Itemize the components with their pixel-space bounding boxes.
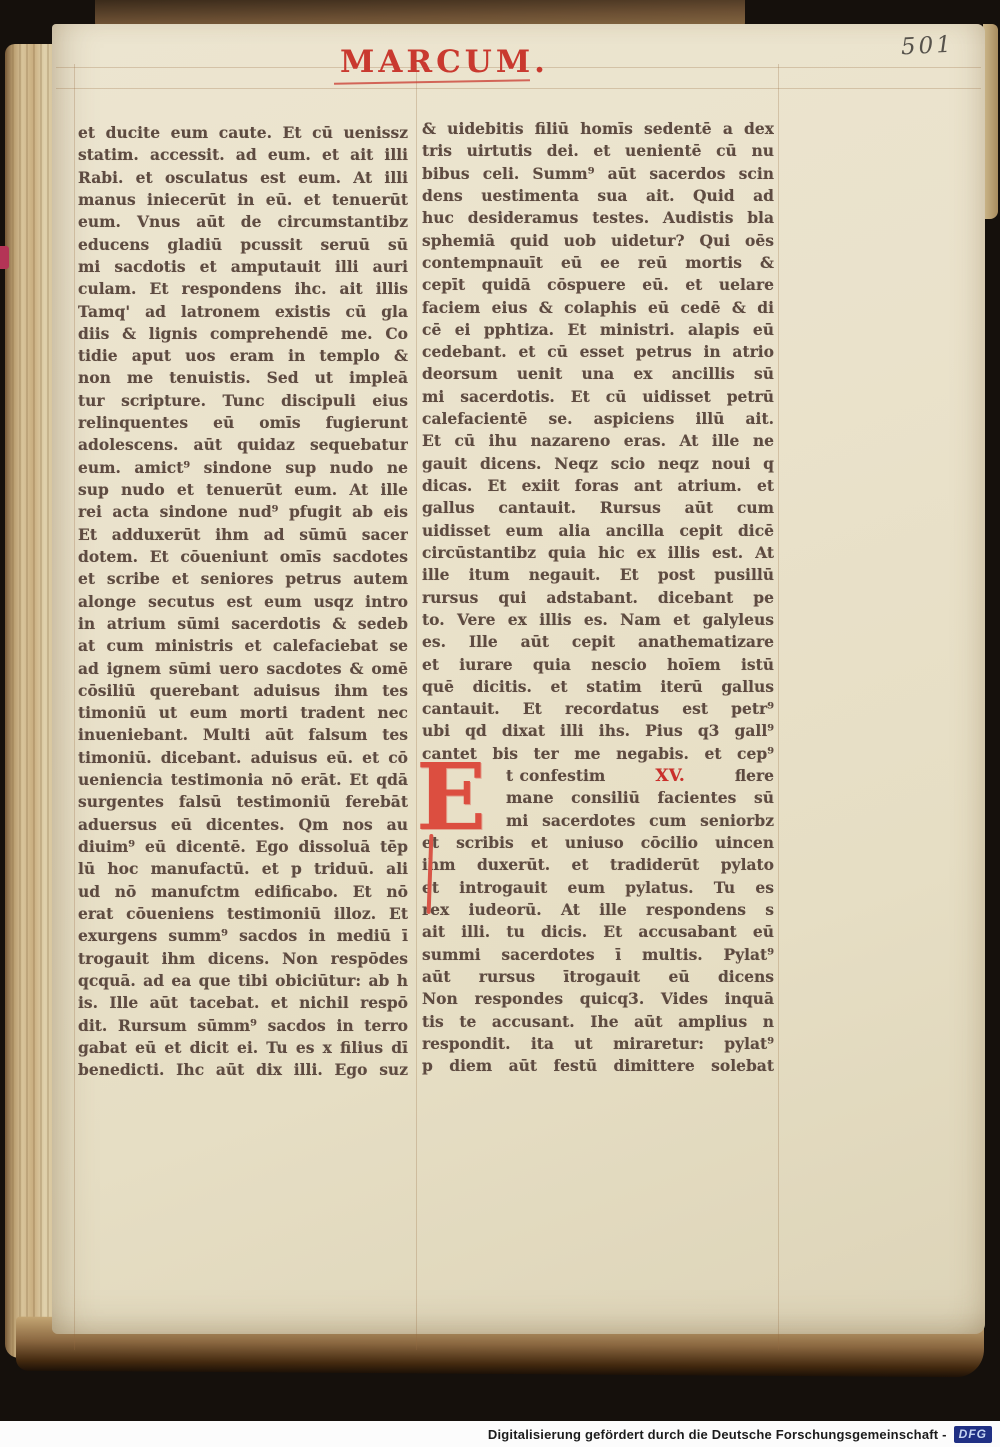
text-line: p diem aūt festū dimittere solebat [422, 1055, 774, 1077]
text-line: adolescens. aūt quidaz sequebatur [78, 434, 408, 456]
text-line: mi sacdotis et amputauit illi auri [78, 256, 408, 278]
text-line: et scribe et seniores petrus autem [78, 568, 408, 590]
text-line: gabat eū et dicit ei. Tu es x filius dī [78, 1037, 408, 1059]
text-line: rursus qui adstabant. dicebant pe [422, 587, 774, 609]
text-line: contempnauīt eū ee reū mortis & [422, 252, 774, 274]
digitization-credit-bar: Digitalisierung gefördert durch die Deut… [0, 1421, 1000, 1447]
text-line: alonge secutus est eum usqz intro [78, 591, 408, 613]
dfg-logo: DFG [954, 1426, 992, 1443]
text-line: et iurare quia nescio hoīem istū [422, 654, 774, 676]
text-line: dens uestimenta sua ait. Quid ad [422, 185, 774, 207]
text-line: lū hoc manufactū. et p triduū. ali [78, 858, 408, 880]
text-line: rex iudeorū. At ille respondens s [422, 899, 774, 921]
text-line: Rabi. et osculatus est eum. At illi [78, 167, 408, 189]
text-line: cedebant. et cū esset petrus in atrio [422, 341, 774, 363]
page-edges-left [5, 44, 57, 1358]
text-line: at cum ministris et calefaciebat se [78, 635, 408, 657]
ruling-line-vertical [74, 64, 75, 1350]
text-line: Et cū ihu nazareno eras. At ille ne [422, 430, 774, 452]
text-line: aūt rursus ītrogauit eū dicens [422, 966, 774, 988]
page-edges-right [983, 24, 998, 219]
text-line: ubi qd dixat illi ihs. Pius q3 gall⁹ [422, 720, 774, 742]
text-line: tur scripture. Tunc discipuli eius [78, 390, 408, 412]
text-line: dotem. Et cōueniunt omīs sacdotes [78, 546, 408, 568]
text-line: deorsum uenit una ex ancillis sū [422, 363, 774, 385]
text-line: exurgens summ⁹ sacdos in mediū ī [78, 925, 408, 947]
text-line: non me tenuistis. Sed ut impleā [78, 367, 408, 389]
chapter-opening-line: t confestim XV. flere [506, 765, 774, 787]
manuscript-photo: MARCUM. 501 et ducite eum caute. Et cū u… [0, 0, 1000, 1447]
text-line: inueniebant. Multi aūt falsum tes [78, 724, 408, 746]
text-line: aduersus eū dicentes. Qm nos au [78, 814, 408, 836]
text-line: Non respondes quicq3. Vides inquā [422, 988, 774, 1010]
text-line: manus iniecerūt in eū. et tenuerūt [78, 189, 408, 211]
text-line: circūstantibz quia hic ex illis est. At [422, 542, 774, 564]
text-line: dit. Rursum sūmm⁹ sacdos in terro [78, 1015, 408, 1037]
running-title: MARCUM. [340, 44, 549, 80]
chapter-number: XV. [655, 765, 684, 787]
text-line: ihm duxerūt. et tradiderūt pylato [422, 854, 774, 876]
chapter-opening-text: t confestim [506, 765, 605, 787]
text-line: & uidebitis filiū homīs sedentē a dex [422, 118, 774, 140]
text-line: timoniū. dicebant. aduisus eū. et cō [78, 747, 408, 769]
text-line: es. Ille aūt cepit anathematizare [422, 631, 774, 653]
text-line: cē ei pphtiza. Et ministri. alapis eū [422, 319, 774, 341]
text-line: gauit dicens. Neqz scio neqz noui q [422, 453, 774, 475]
text-line: huc desideramus testes. Audistis bla [422, 207, 774, 229]
folio-number: 501 [900, 32, 954, 61]
text-line: tidie aput uos eram in templo & [78, 345, 408, 367]
ruling-line-horizontal [56, 88, 981, 89]
text-line: relinquentes eū omīs fugierunt [78, 412, 408, 434]
text-column-left: et ducite eum caute. Et cū uenisszstatim… [78, 122, 408, 1081]
text-line: diis & lignis comprehendē me. Co [78, 323, 408, 345]
text-line: to. Vere ex illis es. Nam et galyleus [422, 609, 774, 631]
credit-text: Digitalisierung gefördert durch die Deut… [488, 1427, 947, 1442]
ruling-line-vertical [778, 64, 779, 1350]
text-line: Et adduxerūt ihm ad sūmū sacer [78, 524, 408, 546]
text-line: eum. amict⁹ sindone sup nudo ne [78, 457, 408, 479]
text-line: cantauit. Et recordatus est petr⁹ [422, 698, 774, 720]
text-line: timoniū ut eum morti tradent nec [78, 702, 408, 724]
text-line: rei acta sindone nud⁹ pfugit ab eis [78, 501, 408, 523]
text-line: erat cōueniens testimoniū illoz. Et [78, 903, 408, 925]
chapter-opening-continuation: flere [735, 765, 774, 787]
text-line: tris uirtutis dei. et uenientē cū nu [422, 140, 774, 162]
text-line: diuim⁹ eū dicentē. Ego dissoluā tēp [78, 836, 408, 858]
text-line: ille itum negauit. Et post pusillū [422, 564, 774, 586]
text-column-right: & uidebitis filiū homīs sedentē a dextri… [422, 118, 774, 1077]
text-line: uidisset eum alia ancilla cepit dicē [422, 520, 774, 542]
text-line: statim. accessit. ad eum. et ait illi [78, 144, 408, 166]
text-line: is. Ille aūt tacebat. et nichil respō [78, 992, 408, 1014]
text-line: trogauit ihm dicens. Non respōdes [78, 948, 408, 970]
text-line: ait illi. tu dicis. Et accusabant eū [422, 921, 774, 943]
text-line: respondit. ita ut miraretur: pylat⁹ [422, 1033, 774, 1055]
text-line: et ducite eum caute. Et cū uenissz [78, 122, 408, 144]
text-line: mi sacerdotes cum seniorbz [506, 810, 774, 832]
text-line: culam. Et respondens ihc. ait illis [78, 278, 408, 300]
text-line: in atrium sūmi sacerdotis & sedeb [78, 613, 408, 635]
text-line: cōsiliū querebant aduisus ihm tes [78, 680, 408, 702]
text-line: faciem eius & colaphis eū cedē & di [422, 297, 774, 319]
text-line: gallus cantauit. Rursus aūt cum [422, 497, 774, 519]
text-line: ueniencia testimonia nō erāt. Et qdā [78, 769, 408, 791]
text-line: benedicti. Ihc aūt dix illi. Ego suz [78, 1059, 408, 1081]
text-line: calefacientē se. aspiciens illū ait. [422, 408, 774, 430]
text-line: educens gladiū pcussit seruū sū [78, 234, 408, 256]
text-line: summi sacerdotes ī multis. Pylat⁹ [422, 944, 774, 966]
text-line: sup nudo et tenuerūt eum. At ille [78, 479, 408, 501]
text-line: sphemiā quid uob uidetur? Qui oēs [422, 230, 774, 252]
text-line: ad ignem sūmi uero sacdotes & omē [78, 658, 408, 680]
text-line: surgentes falsū testimoniū ferebāt [78, 791, 408, 813]
text-line: Tamq' ad latronem existis cū gla [78, 301, 408, 323]
text-line: eum. Vnus aūt de circumstantibz [78, 211, 408, 233]
text-line: qcquā. ad ea que tibi obiciūtur: ab h [78, 970, 408, 992]
text-line: cepīt quidā cōspuere eū. et uelare [422, 274, 774, 296]
bookmark-tab [0, 246, 9, 269]
manuscript-page: MARCUM. 501 et ducite eum caute. Et cū u… [52, 24, 985, 1334]
text-line: et introgauit eum pylatus. Tu es [422, 877, 774, 899]
ruling-line-vertical [416, 64, 417, 1350]
text-line: mane consiliū facientes sū [506, 787, 774, 809]
text-line: ud nō manufctm edificabo. Et nō [78, 881, 408, 903]
text-line: bibus celi. Summ⁹ aūt sacerdos scin [422, 163, 774, 185]
text-line: quē dicitis. et statim iterū gallus [422, 676, 774, 698]
text-line: mi sacerdotis. Et cū uidisset petrū [422, 386, 774, 408]
chapter-initial: E [416, 760, 486, 834]
text-line: tis te accusant. Ihe aūt amplius n [422, 1011, 774, 1033]
text-line: dicas. Et exiit foras ant atrium. et [422, 475, 774, 497]
